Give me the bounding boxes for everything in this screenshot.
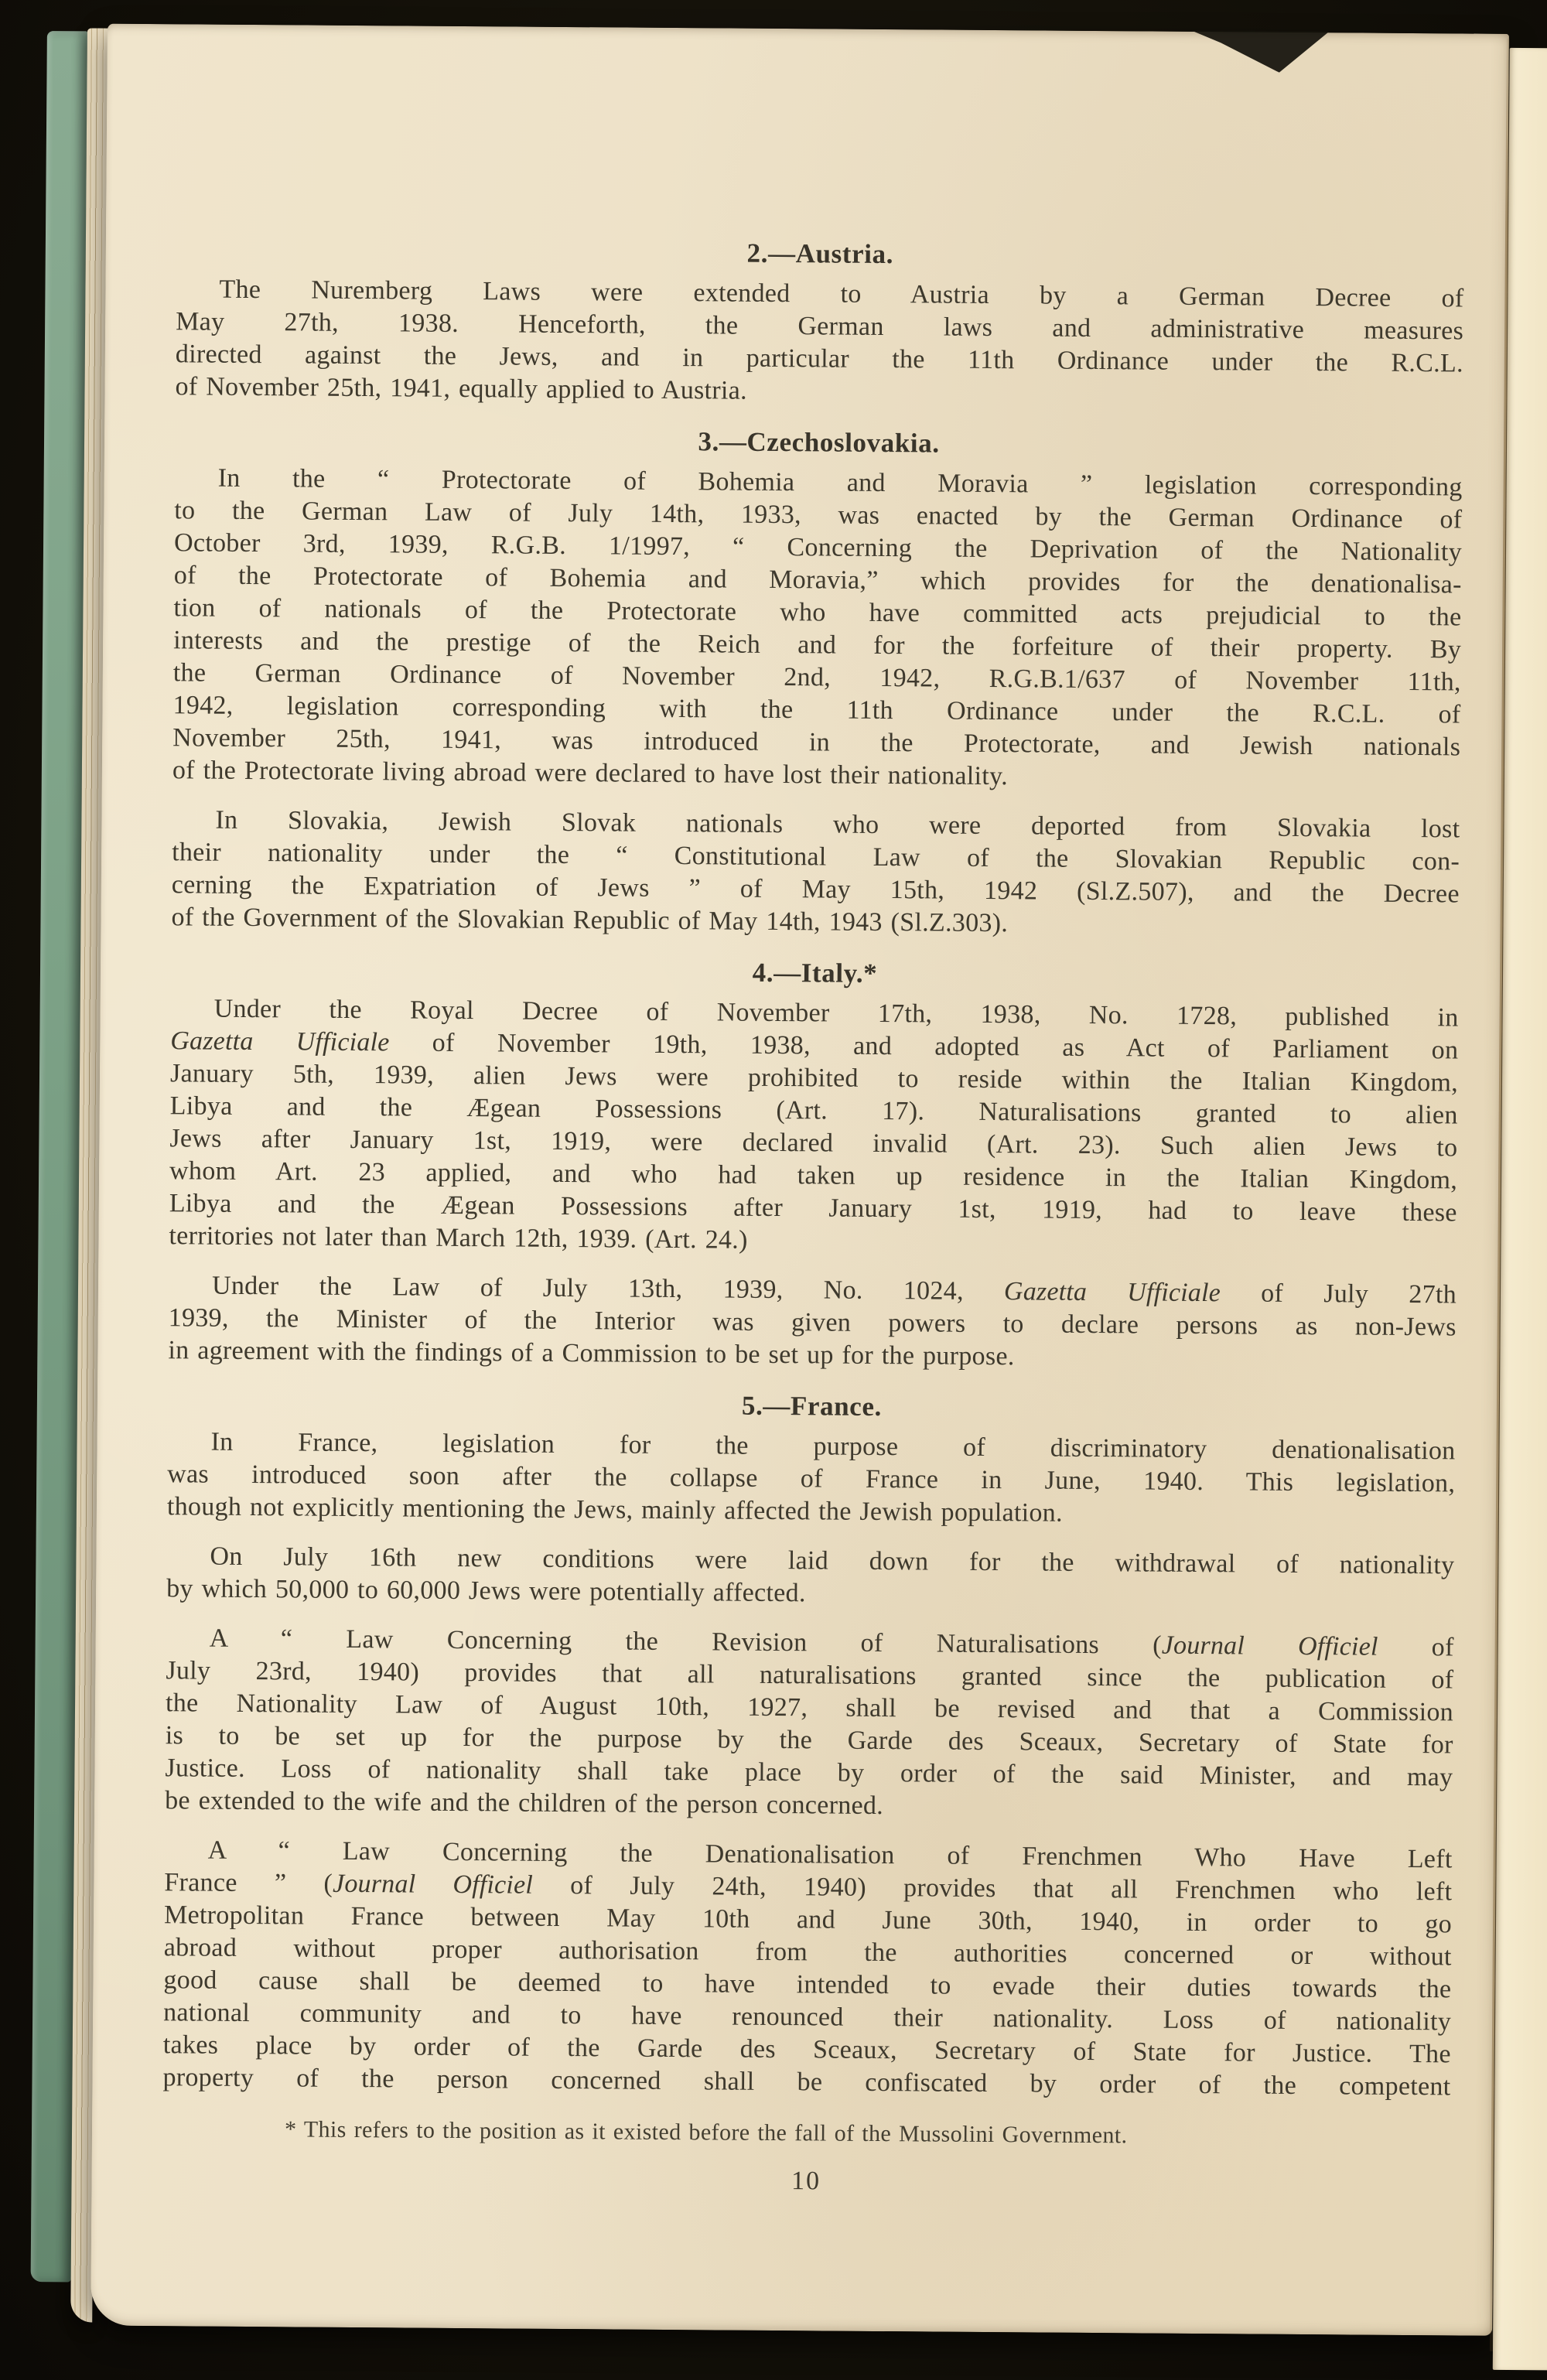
text-run: of the Protectorate living abroad were d… <box>172 756 1008 790</box>
text-run: France ” ( <box>164 1868 333 1898</box>
text-run: of November 19th, 1938, and adopted as A… <box>389 1028 1458 1064</box>
text-run: territories not later than March 12th, 1… <box>169 1221 747 1254</box>
text-run: of <box>1378 1633 1453 1662</box>
scan-background: 2.—Austria. The Nuremberg Laws were exte… <box>0 0 1547 2380</box>
text-run: in agreement with the findings of a Comm… <box>168 1336 1014 1371</box>
paragraph: In Slovakia, Jewish Slovak nationals who… <box>171 804 1460 943</box>
footnote: * This refers to the position as it exis… <box>162 2114 1450 2153</box>
text-run: Under the Law of July 13th, 1939, No. 10… <box>212 1272 1004 1306</box>
paragraph: Under the Royal Decree of November 17th,… <box>169 992 1458 1262</box>
section-austria: 2.—Austria. The Nuremberg Laws were exte… <box>175 233 1464 412</box>
section-heading-france: 5.—France. <box>168 1385 1456 1427</box>
text-run: though not explicitly mentioning the Jew… <box>167 1492 1063 1527</box>
italic-text-run: Gazetta Ufficiale <box>1004 1277 1221 1307</box>
paragraph: A “ Law Concerning the Denationalisation… <box>162 1834 1452 2103</box>
section-italy: 4.—Italy.* Under the Royal Decree of Nov… <box>168 952 1459 1376</box>
page-text-column: 2.—Austria. The Nuremberg Laws were exte… <box>162 24 1466 2202</box>
paragraph: On July 16th new conditions were laid do… <box>166 1540 1455 1614</box>
italic-text-run: Journal Officiel <box>1162 1631 1378 1661</box>
section-heading-austria: 2.—Austria. <box>176 233 1464 275</box>
text-run: of November 25th, 1941, equally applied … <box>175 372 747 405</box>
text-run: of July 27th <box>1221 1279 1457 1309</box>
book-page: 2.—Austria. The Nuremberg Laws were exte… <box>90 24 1509 2336</box>
paragraph: Under the Law of July 13th, 1939, No. 10… <box>168 1269 1457 1376</box>
paragraph: The Nuremberg Laws were extended to Aust… <box>175 273 1463 412</box>
paragraph: In France, legislation for the purpose o… <box>167 1426 1456 1532</box>
section-heading-czechoslovakia: 3.—Czechoslovakia. <box>175 422 1463 463</box>
paragraph: In the “ Protectorate of Bohemia and Mor… <box>172 462 1463 796</box>
text-run: be extended to the wife and the children… <box>165 1786 883 1820</box>
text-run: of the Government of the Slovakian Repub… <box>171 903 1008 937</box>
paragraph: A “ Law Concerning the Revision of Natur… <box>165 1622 1454 1826</box>
page-number: 10 <box>162 2160 1450 2202</box>
section-heading-italy: 4.—Italy.* <box>171 952 1459 994</box>
italic-text-run: Gazetta Ufficiale <box>170 1026 389 1057</box>
section-france: 5.—France. In France, legislation for th… <box>162 1385 1456 2103</box>
italic-text-run: Journal Officiel <box>333 1870 533 1900</box>
section-czechoslovakia: 3.—Czechoslovakia. In the “ Protectorate… <box>171 422 1463 943</box>
text-run: A “ Law Concerning the Revision of Natur… <box>210 1624 1162 1660</box>
text-run: of July 24th, 1940) provides that all Fr… <box>533 1871 1453 1907</box>
text-run: by which 50,000 to 60,000 Jews were pote… <box>166 1574 806 1607</box>
open-book: 2.—Austria. The Nuremberg Laws were exte… <box>26 23 1547 2362</box>
